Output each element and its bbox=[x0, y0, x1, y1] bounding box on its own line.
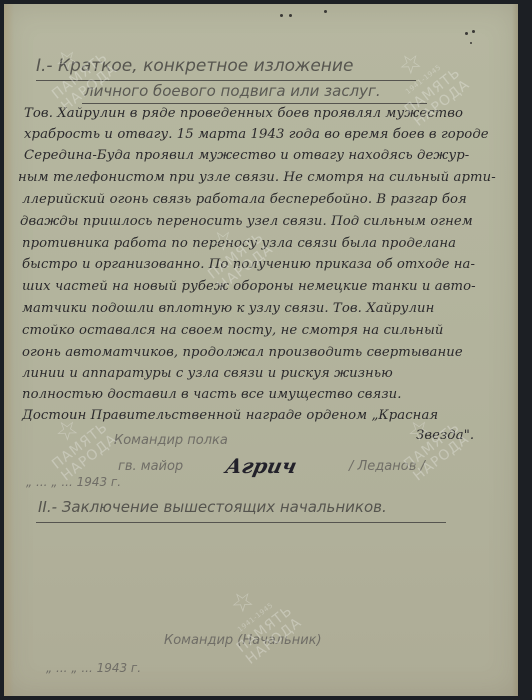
body-line: Тов. Хайрулин в ряде проведенных боев пр… bbox=[24, 107, 463, 120]
body-line: ллерийский огонь связь работала беспереб… bbox=[22, 193, 467, 206]
body-line: линии и аппаратуры с узла связи и рискуя… bbox=[22, 367, 393, 380]
paper-speck bbox=[465, 32, 468, 35]
body-line: храбрость и отвагу. 15 марта 1943 года в… bbox=[24, 128, 489, 141]
body-line: полностью доставил в часть все имущество… bbox=[22, 388, 402, 401]
heading-underline bbox=[36, 80, 416, 81]
bottom-date: „ ... „ ... 1943 г. bbox=[46, 662, 141, 674]
page-edge bbox=[4, 4, 14, 696]
commander-rank: гв. майор bbox=[118, 460, 183, 473]
section1-heading-line1: I.- Краткое, конкретное изложение bbox=[36, 58, 353, 75]
watermark: ☆ 1941-1945 ПАМЯТЬ НАРОДА bbox=[209, 571, 305, 668]
section2-heading: II.- Заключение вышестоящих начальников. bbox=[38, 500, 387, 515]
document-page: I.- Краткое, конкретное изложение личног… bbox=[4, 4, 518, 696]
heading-underline bbox=[36, 522, 446, 523]
paper-speck bbox=[324, 10, 327, 13]
commander-signature: Агрич bbox=[223, 454, 298, 478]
body-line: Достоин Правительственной награде ордено… bbox=[22, 409, 438, 422]
paper-speck bbox=[289, 14, 292, 17]
body-line: стойко оставался на своем посту, не смот… bbox=[22, 324, 444, 337]
body-line: Середина-Буда проявил мужество и отвагу … bbox=[24, 149, 469, 162]
section1-heading-line2: личного боевого подвига или заслуг. bbox=[84, 84, 381, 99]
paper-speck bbox=[280, 14, 283, 17]
body-line: огонь автоматчиков, продолжал производит… bbox=[22, 346, 463, 359]
body-line: ших частей на новый рубеж обороны немецк… bbox=[22, 280, 476, 293]
commander-title: Командир полка bbox=[114, 434, 228, 447]
paper-speck bbox=[472, 30, 475, 33]
bottom-commander-title: Командир (Начальник) bbox=[164, 634, 322, 647]
star-icon: ☆ bbox=[209, 571, 277, 632]
body-line: ным телефонистом при узле связи. Не смот… bbox=[18, 171, 496, 184]
commander-name: / Леданов / bbox=[349, 460, 425, 473]
body-line: дважды пришлось переносить узел связи. П… bbox=[20, 215, 473, 228]
body-line: быстро и организованно. По получению при… bbox=[22, 258, 475, 271]
body-line: противника работа по переносу узла связи… bbox=[22, 237, 456, 250]
star-icon: ☆ bbox=[377, 33, 445, 94]
paper-speck bbox=[470, 42, 472, 44]
body-line: матчики подошли вплотную к узлу связи. Т… bbox=[22, 302, 434, 315]
body-line: Звезда". bbox=[416, 429, 474, 442]
signature-date: „ ... „ ... 1943 г. bbox=[26, 476, 121, 488]
heading-underline bbox=[82, 103, 427, 104]
